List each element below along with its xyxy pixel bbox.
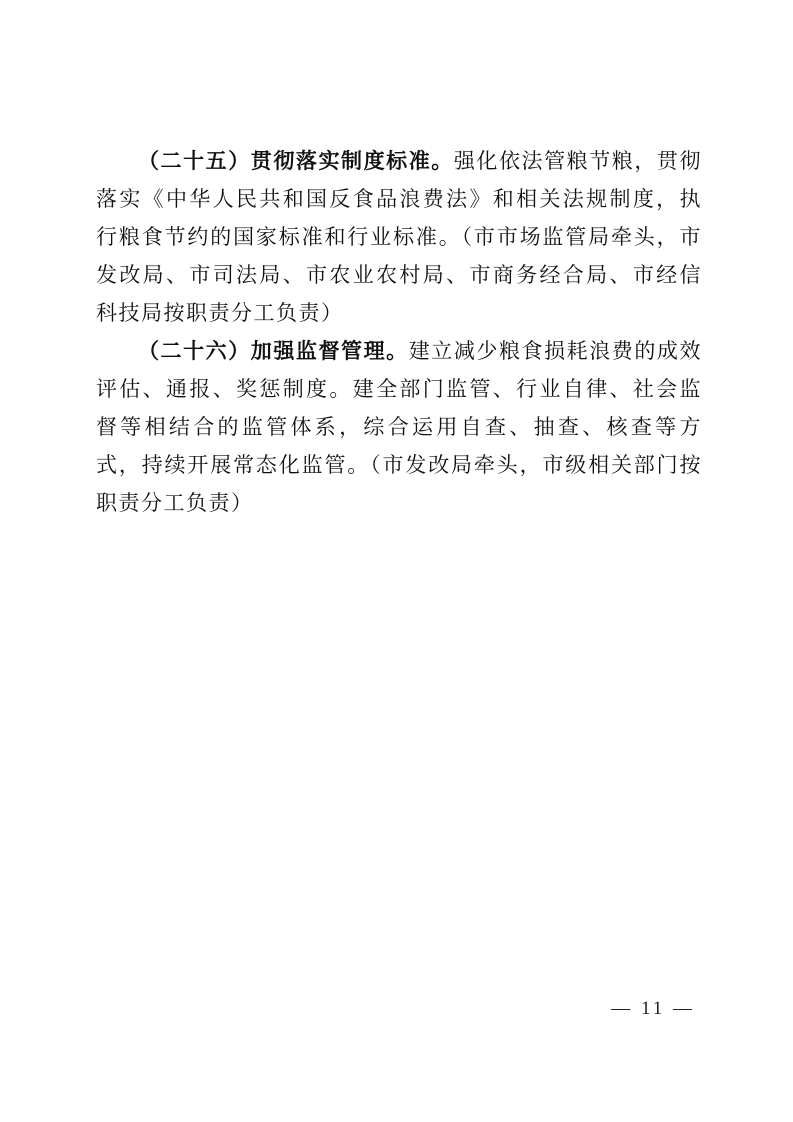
paragraph-26-heading: （二十六）加强监督管理。 — [138, 339, 409, 363]
document-page: （二十五）贯彻落实制度标准。强化依法管粮节粮，贯彻落实《中华人民共和国反食品浪费… — [0, 0, 793, 1122]
paragraph-25-text: 强化依法管粮节粮，贯彻落实《中华人民共和国反食品浪费法》和相关法规制度，执行粮食… — [96, 149, 702, 325]
document-body: （二十五）贯彻落实制度标准。强化依法管粮节粮，贯彻落实《中华人民共和国反食品浪费… — [96, 142, 702, 522]
paragraph-25: （二十五）贯彻落实制度标准。强化依法管粮节粮，贯彻落实《中华人民共和国反食品浪费… — [96, 142, 702, 332]
paragraph-26: （二十六）加强监督管理。建立减少粮食损耗浪费的成效评估、通报、奖惩制度。建全部门… — [96, 332, 702, 522]
page-number: — 11 — — [611, 998, 695, 1020]
paragraph-25-heading: （二十五）贯彻落实制度标准。 — [138, 149, 454, 173]
paragraph-26-text: 建立减少粮食损耗浪费的成效评估、通报、奖惩制度。建全部门监管、行业自律、社会监督… — [96, 339, 702, 515]
